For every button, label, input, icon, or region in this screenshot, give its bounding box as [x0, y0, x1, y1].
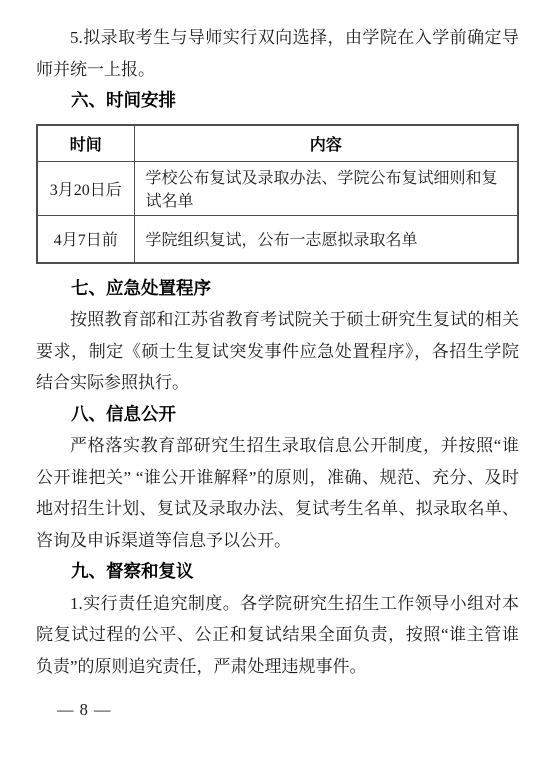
- table-cell-time: 4月7日前: [37, 215, 134, 263]
- paragraph-item-5: 5.拟录取考生与导师实行双向选择，由学院在入学前确定导师并统一上报。: [36, 22, 519, 85]
- table-cell-content: 学院组织复试，公布一志愿拟录取名单: [134, 215, 518, 263]
- section-heading-time-schedule: 六、时间安排: [36, 85, 519, 117]
- paragraph-emergency-procedure: 按照教育部和江苏省教育考试院关于硕士研究生复试的相关要求，制定《硕士生复试突发事…: [36, 304, 519, 399]
- table-cell-time: 3月20日后: [37, 161, 134, 215]
- paragraph-supervision-review: 1.实行责任追究制度。各学院研究生招生工作领导小组对本院复试过程的公平、公正和复…: [36, 588, 519, 683]
- schedule-table: 时间 内容 3月20日后 学校公布复试及录取办法、学院公布复试细则和复试名单 4…: [36, 124, 519, 264]
- section-heading-emergency-procedure: 七、应急处置程序: [36, 273, 519, 305]
- table-header-time: 时间: [37, 125, 134, 162]
- document-page: 5.拟录取考生与导师实行双向选择，由学院在入学前确定导师并统一上报。 六、时间安…: [0, 0, 555, 758]
- section-heading-supervision-review: 九、督察和复议: [36, 556, 519, 588]
- table-cell-content: 学校公布复试及录取办法、学院公布复试细则和复试名单: [134, 161, 518, 215]
- section-heading-information-disclosure: 八、信息公开: [36, 399, 519, 431]
- paragraph-information-disclosure: 严格落实教育部研究生招生录取信息公开制度，并按照“谁公开谁把关” “谁公开谁解释…: [36, 430, 519, 556]
- table-row: 3月20日后 学校公布复试及录取办法、学院公布复试细则和复试名单: [37, 161, 518, 215]
- table-header-content: 内容: [134, 125, 518, 162]
- table-row: 4月7日前 学院组织复试，公布一志愿拟录取名单: [37, 215, 518, 263]
- table-header-row: 时间 内容: [37, 125, 518, 162]
- page-number: — 8 —: [57, 698, 112, 722]
